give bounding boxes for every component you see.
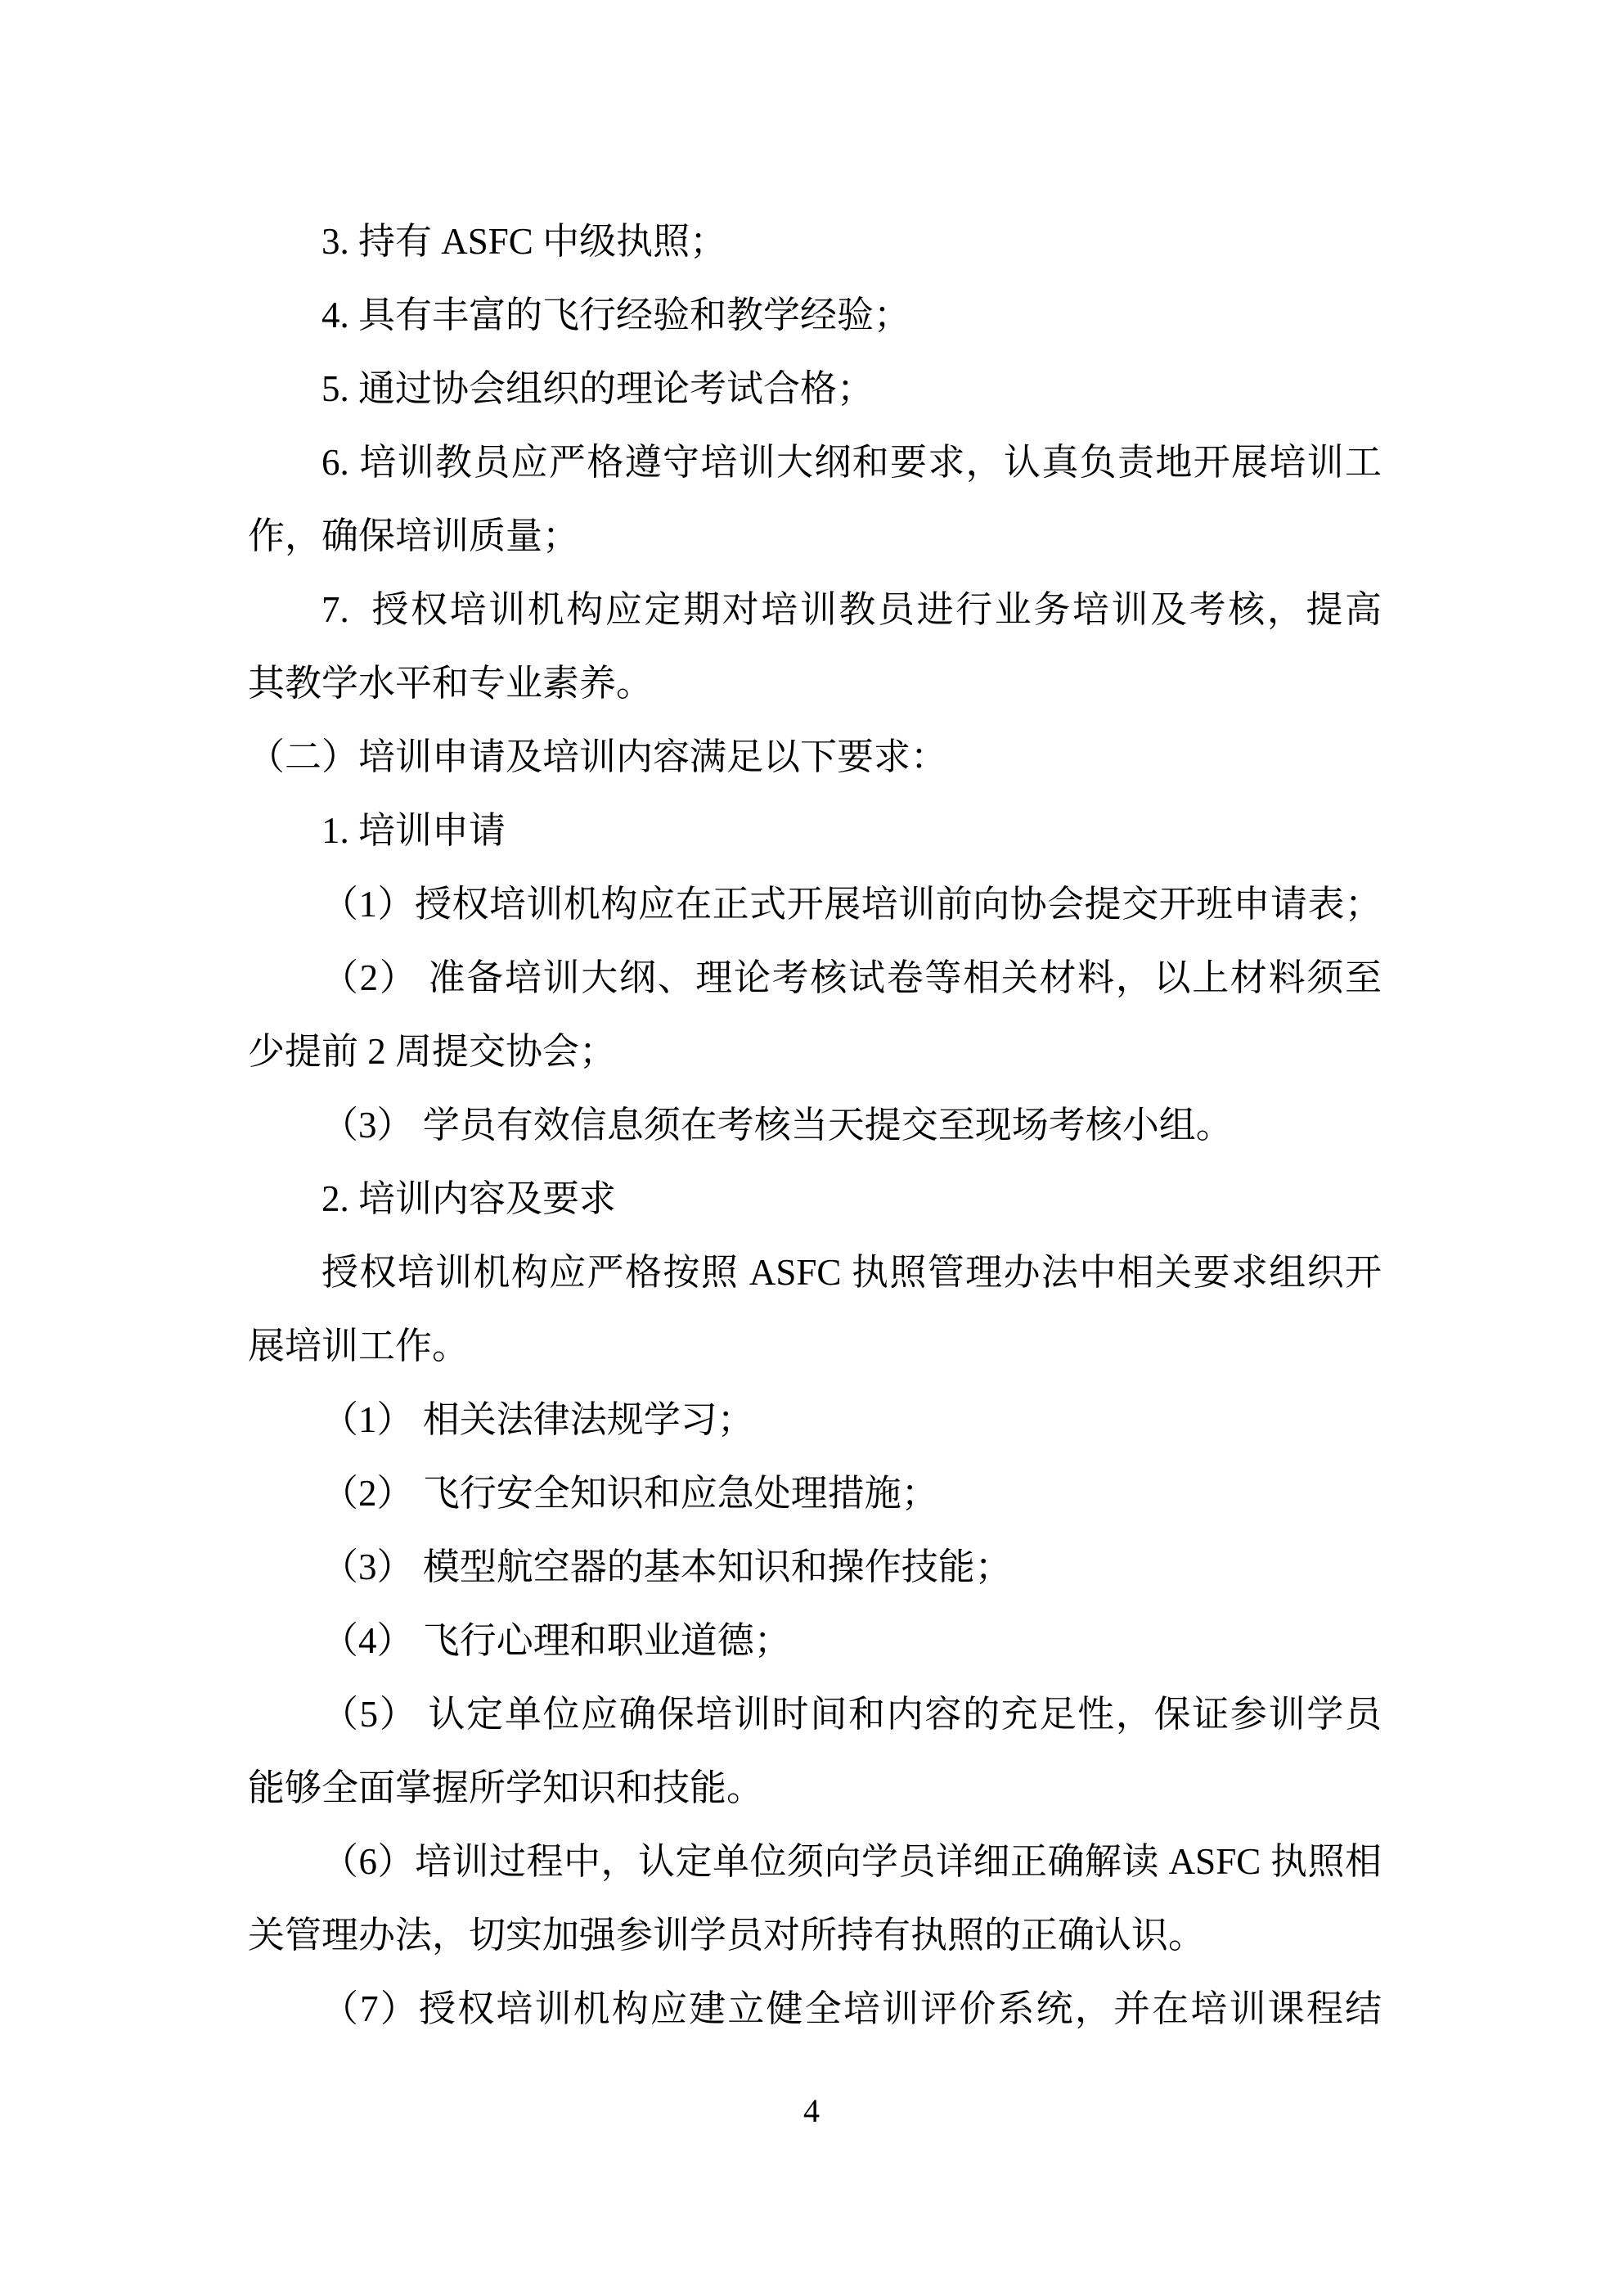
document-line: （1）授权培训机构应在正式开展培训前向协会提交开班申请表；: [248, 867, 1382, 941]
document-line: （5） 认定单位应确保培训时间和内容的充足性，保证参训学员: [248, 1677, 1382, 1751]
document-line: （3） 模型航空器的基本知识和操作技能；: [248, 1530, 1382, 1604]
page-number: 4: [0, 2091, 1623, 2131]
document-line: （7）授权培训机构应建立健全培训评价系统，并在培训课程结: [248, 1972, 1382, 2046]
document-line: 6. 培训教员应严格遵守培训大纲和要求，认真负责地开展培训工: [248, 425, 1382, 499]
document-line: 作，确保培训质量；: [248, 499, 1382, 573]
document-page: 3. 持有 ASFC 中级执照； 4. 具有丰富的飞行经验和教学经验； 5. 通…: [0, 0, 1623, 2296]
document-body: 3. 持有 ASFC 中级执照； 4. 具有丰富的飞行经验和教学经验； 5. 通…: [248, 205, 1382, 2046]
document-line: （4） 飞行心理和职业道德；: [248, 1604, 1382, 1677]
document-line: 5. 通过协会组织的理论考试合格；: [248, 352, 1382, 425]
document-line: 授权培训机构应严格按照 ASFC 执照管理办法中相关要求组织开: [248, 1236, 1382, 1309]
document-line: （2） 飞行安全知识和应急处理措施；: [248, 1456, 1382, 1530]
document-line: 7. 授权培训机构应定期对培训教员进行业务培训及考核，提高: [248, 573, 1382, 646]
document-line: 关管理办法，切实加强参训学员对所持有执照的正确认识。: [248, 1898, 1382, 1972]
document-line: 展培训工作。: [248, 1309, 1382, 1383]
document-line: （6）培训过程中，认定单位须向学员详细正确解读 ASFC 执照相: [248, 1825, 1382, 1898]
document-line: 少提前 2 周提交协会；: [248, 1015, 1382, 1088]
document-subsection-heading: 1. 培训申请: [248, 794, 1382, 867]
document-subsection-heading: 2. 培训内容及要求: [248, 1162, 1382, 1236]
document-line: 3. 持有 ASFC 中级执照；: [248, 205, 1382, 278]
document-line: 其教学水平和专业素养。: [248, 646, 1382, 720]
document-line: （2） 准备培训大纲、理论考核试卷等相关材料，以上材料须至: [248, 941, 1382, 1015]
document-line: 4. 具有丰富的飞行经验和教学经验；: [248, 278, 1382, 352]
document-line: （3） 学员有效信息须在考核当天提交至现场考核小组。: [248, 1088, 1382, 1162]
document-line: 能够全面掌握所学知识和技能。: [248, 1751, 1382, 1825]
document-section-heading: （二）培训申请及培训内容满足以下要求：: [248, 720, 1382, 794]
document-line: （1） 相关法律法规学习；: [248, 1383, 1382, 1456]
